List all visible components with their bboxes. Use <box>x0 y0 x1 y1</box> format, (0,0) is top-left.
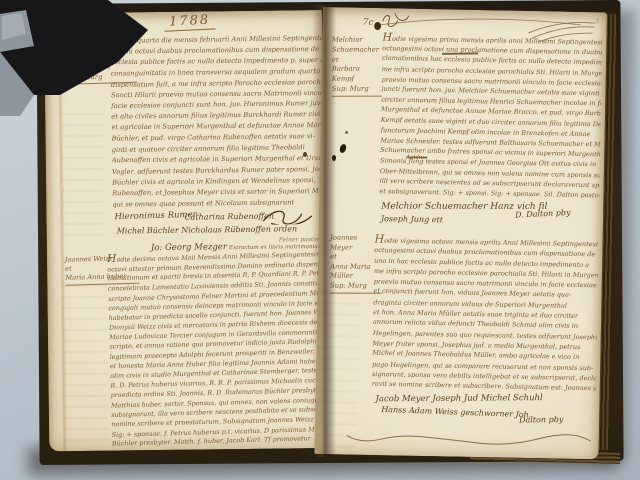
right-page: 7c 3 MelchiorSchuemacheretBarbaraKempfSu… <box>314 7 607 459</box>
bleedthrough-text-area <box>61 285 109 446</box>
wavy-line-flourish-icon <box>343 423 595 448</box>
scanned-register-page: 1788 HieronimusRumer etCatharina,Aubenof… <box>0 0 640 480</box>
ink-blot <box>303 152 307 157</box>
priest-signature: D. Dalton pby <box>515 208 571 220</box>
witness-signatures: Hanss Adam Weiss geschworner Joh. <box>381 405 531 419</box>
handwriting-line: Schuemacher <box>332 45 382 55</box>
handwriting-line: et <box>332 55 382 65</box>
witness-signatures: Jacob Meyer Joseph Jud Michel Schuhl <box>375 393 542 404</box>
entry2-body-text: Hodie vigesima octava mensis aprilis Ann… <box>372 234 599 394</box>
inserted-word-strikethrough: Agidius <box>406 155 427 161</box>
ink-blot <box>345 131 348 134</box>
ink-blot <box>332 155 336 161</box>
entry1-body-text: Hodie vigesima prima mensis aprilis anni… <box>379 32 602 200</box>
priest-signature: Dalton pby <box>519 415 563 425</box>
handwriting-line: Sup: Murg <box>332 85 382 97</box>
entry1-margin-note: MelchiorSchuemacheretBarbaraKempfSup: Mu… <box>332 36 382 97</box>
handwriting-line: Rubenoffen, et Josephus Meyer civis et s… <box>112 186 324 199</box>
handwriting-line: Melchior <box>332 36 382 46</box>
entry2-body-text: Hodie decima octava Maii Mensis Anni Mil… <box>107 248 334 450</box>
handwriting-line: Barbara <box>332 65 382 75</box>
black-cover-corner <box>0 0 175 122</box>
witness-signatures: Michel Büchler Nicholaus Rübenoffen orde… <box>117 224 298 235</box>
entry2-heading-right: Felner pastor <box>279 236 320 243</box>
witness-signature: Joseph Jung ett <box>381 214 443 224</box>
bleedthrough-text-area <box>61 113 105 246</box>
signature-flourish-icon <box>260 206 318 225</box>
handwriting-line: Kempf <box>332 75 382 85</box>
